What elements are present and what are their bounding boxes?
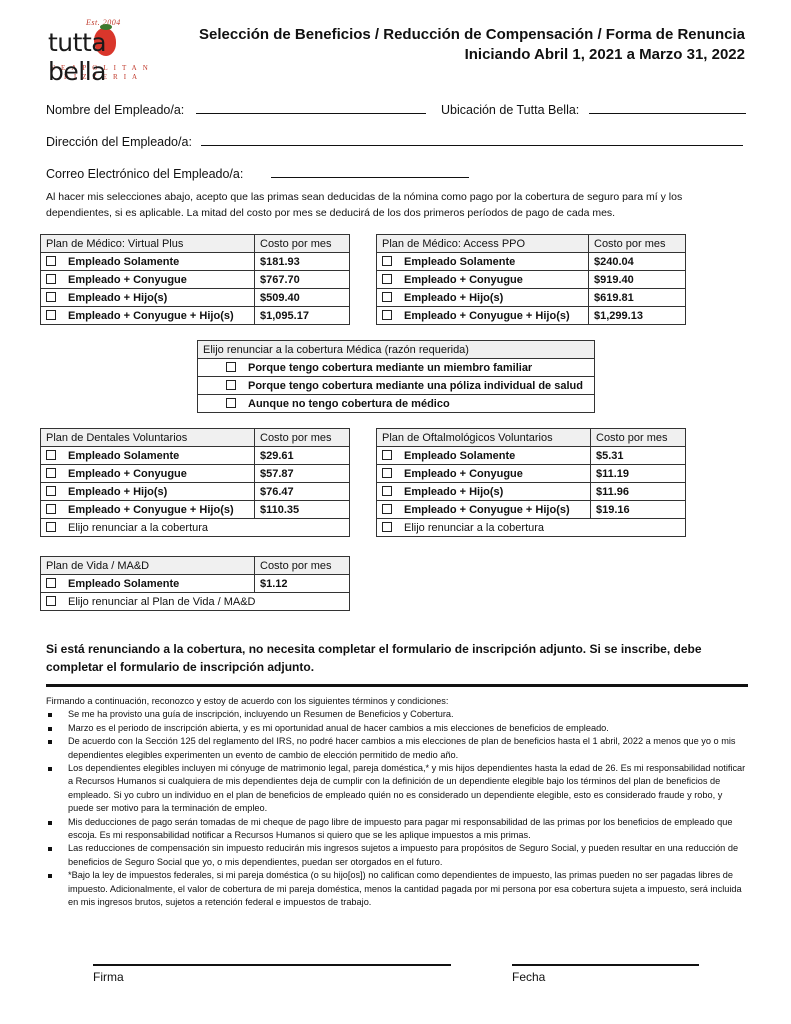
option-label: Empleado + Hijo(s) bbox=[404, 292, 503, 304]
employee-name-field[interactable] bbox=[196, 102, 426, 114]
signature-field[interactable] bbox=[93, 964, 451, 966]
option-label: Empleado + Hijo(s) bbox=[68, 292, 167, 304]
cost-header: Costo por mes bbox=[255, 429, 350, 447]
checkbox[interactable] bbox=[46, 274, 56, 284]
checkbox[interactable] bbox=[46, 310, 56, 320]
checkbox[interactable] bbox=[46, 450, 56, 460]
checkbox[interactable] bbox=[46, 578, 56, 588]
cost-header: Costo por mes bbox=[255, 235, 350, 253]
option-cost: $181.93 bbox=[255, 253, 350, 271]
cost-header: Costo por mes bbox=[591, 429, 686, 447]
option-cost: $240.04 bbox=[589, 253, 686, 271]
option-label: Empleado + Conyugue bbox=[404, 274, 523, 286]
plan-option-row: Porque tengo cobertura mediante un miemb… bbox=[198, 359, 595, 377]
plan-option-row: Empleado Solamente$5.31 bbox=[377, 447, 686, 465]
waive-checkbox[interactable] bbox=[382, 522, 392, 532]
plan-option-row: Empleado + Conyugue + Hijo(s)$19.16 bbox=[377, 501, 686, 519]
option-label: Porque tengo cobertura mediante una póli… bbox=[248, 380, 583, 392]
cost-header: Costo por mes bbox=[589, 235, 686, 253]
plan-option-row: Empleado + Hijo(s)$11.96 bbox=[377, 483, 686, 501]
tutta-bella-logo: Est. 2004 tuttabella NEAPOLITAN PIZZERIA bbox=[44, 18, 168, 84]
table-title: Plan de Médico: Virtual Plus bbox=[41, 235, 255, 253]
option-cost: $919.40 bbox=[589, 271, 686, 289]
checkbox[interactable] bbox=[382, 292, 392, 302]
employee-name-row: Nombre del Empleado/a: bbox=[46, 102, 426, 117]
checkbox[interactable] bbox=[46, 468, 56, 478]
option-cost: $110.35 bbox=[255, 501, 350, 519]
address-label: Dirección del Empleado/a: bbox=[46, 135, 192, 149]
option-cost: $509.40 bbox=[255, 289, 350, 307]
plan-option-row: Empleado + Hijo(s)$76.47 bbox=[41, 483, 350, 501]
option-label: Aunque no tengo cobertura de médico bbox=[248, 398, 450, 410]
option-label: Empleado + Conyugue bbox=[68, 274, 187, 286]
checkbox[interactable] bbox=[382, 504, 392, 514]
option-cost: $76.47 bbox=[255, 483, 350, 501]
option-cost: $5.31 bbox=[591, 447, 686, 465]
option-label: Empleado + Conyugue + Hijo(s) bbox=[68, 504, 234, 516]
table-title: Plan de Médico: Access PPO bbox=[377, 235, 589, 253]
terms-list: Se me ha provisto una guía de inscripció… bbox=[46, 708, 748, 909]
option-cost: $29.61 bbox=[255, 447, 350, 465]
option-label: Empleado + Conyugue + Hijo(s) bbox=[404, 504, 570, 516]
checkbox[interactable] bbox=[226, 398, 236, 408]
date-label: Fecha bbox=[512, 970, 545, 984]
medical-virtual-plus-table: Plan de Médico: Virtual PlusCosto por me… bbox=[40, 234, 350, 325]
intro-paragraph: Al hacer mis selecciones abajo, acepto q… bbox=[46, 189, 746, 221]
waive-row: Elijo renunciar a la cobertura bbox=[41, 519, 350, 537]
checkbox[interactable] bbox=[226, 362, 236, 372]
email-field[interactable] bbox=[271, 166, 469, 178]
form-period: Iniciando Abril 1, 2021 a Marzo 31, 2022 bbox=[465, 46, 745, 63]
option-cost: $1,095.17 bbox=[255, 307, 350, 325]
checkbox[interactable] bbox=[382, 310, 392, 320]
cost-header: Costo por mes bbox=[255, 557, 350, 575]
medical-waive-table: Elijo renunciar a la cobertura Médica (r… bbox=[197, 340, 595, 413]
waiver-notice: Si está renunciando a la cobertura, no n… bbox=[46, 640, 748, 676]
plan-option-row: Empleado + Hijo(s)$619.81 bbox=[377, 289, 686, 307]
option-label: Empleado Solamente bbox=[404, 256, 515, 268]
medical-access-ppo-table: Plan de Médico: Access PPOCosto por mes … bbox=[376, 234, 686, 325]
option-label: Empleado + Conyugue bbox=[68, 468, 187, 480]
plan-option-row: Empleado + Conyugue$919.40 bbox=[377, 271, 686, 289]
option-label: Empleado Solamente bbox=[68, 450, 179, 462]
option-cost: $767.70 bbox=[255, 271, 350, 289]
terms-intro: Firmando a continuación, reconozco y est… bbox=[46, 695, 748, 708]
plan-option-row: Empleado + Conyugue$57.87 bbox=[41, 465, 350, 483]
location-label: Ubicación de Tutta Bella: bbox=[441, 103, 579, 117]
checkbox[interactable] bbox=[46, 292, 56, 302]
table-title: Plan de Oftalmológicos Voluntarios bbox=[377, 429, 591, 447]
employee-name-label: Nombre del Empleado/a: bbox=[46, 103, 184, 117]
plan-option-row: Empleado + Hijo(s)$509.40 bbox=[41, 289, 350, 307]
plan-option-row: Empleado + Conyugue$767.70 bbox=[41, 271, 350, 289]
location-field[interactable] bbox=[589, 102, 746, 114]
option-cost: $11.96 bbox=[591, 483, 686, 501]
plan-option-row: Empleado + Conyugue + Hijo(s)$110.35 bbox=[41, 501, 350, 519]
email-label: Correo Electrónico del Empleado/a: bbox=[46, 167, 243, 181]
dental-table: Plan de Dentales VoluntariosCosto por me… bbox=[40, 428, 350, 537]
waive-label: Elijo renunciar a la cobertura bbox=[404, 522, 544, 534]
waive-label: Elijo renunciar al Plan de Vida / MA&D bbox=[68, 596, 256, 608]
option-label: Empleado + Conyugue + Hijo(s) bbox=[404, 310, 570, 322]
waive-checkbox[interactable] bbox=[46, 522, 56, 532]
option-label: Empleado + Hijo(s) bbox=[68, 486, 167, 498]
plan-option-row: Empleado + Conyugue + Hijo(s)$1,095.17 bbox=[41, 307, 350, 325]
checkbox[interactable] bbox=[46, 504, 56, 514]
option-label: Empleado + Conyugue bbox=[404, 468, 523, 480]
option-label: Empleado Solamente bbox=[68, 578, 179, 590]
terms-section: Firmando a continuación, reconozco y est… bbox=[46, 695, 748, 910]
option-label: Empleado Solamente bbox=[68, 256, 179, 268]
waive-row: Elijo renunciar al Plan de Vida / MA&D bbox=[41, 593, 350, 611]
checkbox[interactable] bbox=[382, 274, 392, 284]
checkbox[interactable] bbox=[226, 380, 236, 390]
divider bbox=[46, 684, 748, 687]
checkbox[interactable] bbox=[46, 486, 56, 496]
terms-item: Se me ha provisto una guía de inscripció… bbox=[46, 708, 748, 721]
waive-row: Elijo renunciar a la cobertura bbox=[377, 519, 686, 537]
option-label: Porque tengo cobertura mediante un miemb… bbox=[248, 362, 532, 374]
option-cost: $1,299.13 bbox=[589, 307, 686, 325]
option-cost: $57.87 bbox=[255, 465, 350, 483]
plan-option-row: Porque tengo cobertura mediante una póli… bbox=[198, 377, 595, 395]
address-row: Dirección del Empleado/a: bbox=[46, 134, 743, 149]
plan-option-row: Empleado Solamente$181.93 bbox=[41, 253, 350, 271]
waive-label: Elijo renunciar a la cobertura bbox=[68, 522, 208, 534]
vision-table: Plan de Oftalmológicos VoluntariosCosto … bbox=[376, 428, 686, 537]
terms-item: Mis deducciones de pago serán tomadas de… bbox=[46, 816, 748, 843]
checkbox[interactable] bbox=[46, 256, 56, 266]
plan-option-row: Empleado + Conyugue + Hijo(s)$1,299.13 bbox=[377, 307, 686, 325]
terms-item: Las reducciones de compensación sin impu… bbox=[46, 842, 748, 869]
option-label: Empleado + Conyugue + Hijo(s) bbox=[68, 310, 234, 322]
terms-item: Los dependientes elegibles incluyen mi c… bbox=[46, 762, 748, 816]
plan-option-row: Aunque no tengo cobertura de médico bbox=[198, 395, 595, 413]
plan-option-row: Empleado Solamente$29.61 bbox=[41, 447, 350, 465]
option-label: Empleado Solamente bbox=[404, 450, 515, 462]
location-row: Ubicación de Tutta Bella: bbox=[441, 102, 746, 117]
plan-option-row: Empleado + Conyugue$11.19 bbox=[377, 465, 686, 483]
checkbox[interactable] bbox=[382, 256, 392, 266]
date-field[interactable] bbox=[512, 964, 699, 966]
table-title: Elijo renunciar a la cobertura Médica (r… bbox=[198, 341, 595, 359]
address-field[interactable] bbox=[201, 134, 743, 146]
terms-item: *Bajo la ley de impuestos federales, si … bbox=[46, 869, 748, 909]
plan-option-row: Empleado Solamente$1.12 bbox=[41, 575, 350, 593]
option-cost: $619.81 bbox=[589, 289, 686, 307]
checkbox[interactable] bbox=[382, 468, 392, 478]
option-cost: $1.12 bbox=[255, 575, 350, 593]
option-cost: $19.16 bbox=[591, 501, 686, 519]
terms-item: Marzo es el periodo de inscripción abier… bbox=[46, 722, 748, 735]
checkbox[interactable] bbox=[382, 450, 392, 460]
plan-option-row: Empleado Solamente$240.04 bbox=[377, 253, 686, 271]
signature-label: Firma bbox=[93, 970, 124, 984]
option-label: Empleado + Hijo(s) bbox=[404, 486, 503, 498]
form-title: Selección de Beneficios / Reducción de C… bbox=[199, 26, 745, 43]
waive-checkbox[interactable] bbox=[46, 596, 56, 606]
terms-item: De acuerdo con la Sección 125 del reglam… bbox=[46, 735, 748, 762]
table-title: Plan de Vida / MA&D bbox=[41, 557, 255, 575]
life-table: Plan de Vida / MA&DCosto por mes Emplead… bbox=[40, 556, 350, 611]
email-row: Correo Electrónico del Empleado/a: bbox=[46, 166, 469, 181]
checkbox[interactable] bbox=[382, 486, 392, 496]
table-title: Plan de Dentales Voluntarios bbox=[41, 429, 255, 447]
option-cost: $11.19 bbox=[591, 465, 686, 483]
